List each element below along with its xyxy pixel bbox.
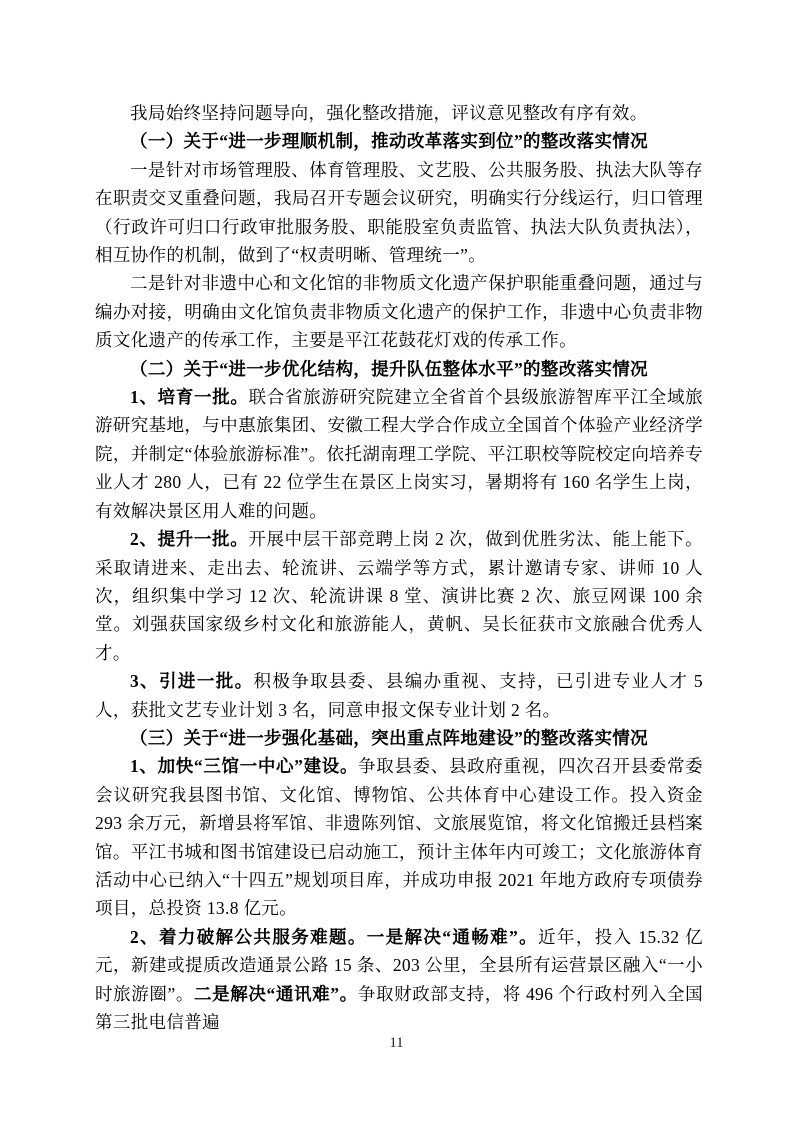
heading-text: （二）关于“进一步优化结构，提升队伍整体水平”的整改落实情况 [130, 359, 648, 379]
paragraph-text: 一是针对市场管理股、体育管理股、文艺股、公共服务股、执法大队等存在职责交叉重叠问… [95, 160, 703, 265]
paragraph-lead: 2、着力破解公共服务难题。一是解决“通畅难”。 [130, 927, 538, 947]
paragraph-lead: 二是解决“通讯难”。 [194, 984, 358, 1004]
intro-paragraph: 我局始终坚持问题导向，强化整改措施，评议意见整改有序有效。 [95, 99, 703, 127]
document-page: 我局始终坚持问题导向，强化整改措施，评议意见整改有序有效。 （一）关于“进一步理… [0, 0, 793, 1122]
section-heading-2: （二）关于“进一步优化结构，提升队伍整体水平”的整改落实情况 [95, 355, 703, 383]
paragraph-lead: 3、引进一批。 [130, 671, 254, 691]
heading-text: （三）关于“进一步强化基础，突出重点阵地建设”的整改落实情况 [130, 728, 648, 748]
body-paragraph: 一是针对市场管理股、体育管理股、文艺股、公共服务股、执法大队等存在职责交叉重叠问… [95, 156, 703, 270]
paragraph-text: 联合省旅游研究院建立全省首个县级旅游智库平江全域旅游研究基地，与中惠旅集团、安徽… [95, 387, 703, 521]
body-paragraph: 2、着力破解公共服务难题。一是解决“通畅难”。近年，投入 15.32 亿元，新建… [95, 923, 703, 1037]
paragraph-text: 开展中层干部竞聘上岗 2 次，做到优胜劣汰、能上能下。采取请进来、走出去、轮流讲… [95, 529, 703, 663]
paragraph-lead: 2、提升一批。 [130, 529, 248, 549]
body-paragraph: 3、引进一批。积极争取县委、县编办重视、支持，已引进专业人才 5 人，获批文艺专… [95, 667, 703, 724]
paragraph-lead: 1、培育一批。 [130, 387, 249, 407]
paragraph-text: 争取县委、县政府重视，四次召开县委常委会议研究我县图书馆、文化馆、博物馆、公共体… [95, 756, 703, 918]
page-footer: 11 [0, 1033, 793, 1053]
section-heading-1: （一）关于“进一步理顺机制，推动改革落实到位”的整改落实情况 [95, 127, 703, 155]
body-paragraph: 1、加快“三馆一中心”建设。争取县委、县政府重视，四次召开县委常委会议研究我县图… [95, 752, 703, 922]
document-body: 我局始终坚持问题导向，强化整改措施，评议意见整改有序有效。 （一）关于“进一步理… [95, 99, 703, 1036]
body-paragraph: 二是针对非遗中心和文化馆的非物质文化遗产保护职能重叠问题，通过与编办对接，明确由… [95, 269, 703, 354]
section-heading-3: （三）关于“进一步强化基础，突出重点阵地建设”的整改落实情况 [95, 724, 703, 752]
heading-text: （一）关于“进一步理顺机制，推动改革落实到位”的整改落实情况 [130, 131, 648, 151]
body-paragraph: 2、提升一批。开展中层干部竞聘上岗 2 次，做到优胜劣汰、能上能下。采取请进来、… [95, 525, 703, 667]
paragraph-lead: 1、加快“三馆一中心”建设。 [130, 756, 358, 776]
paragraph-text: 二是针对非遗中心和文化馆的非物质文化遗产保护职能重叠问题，通过与编办对接，明确由… [95, 273, 703, 350]
body-paragraph: 1、培育一批。联合省旅游研究院建立全省首个县级旅游智库平江全域旅游研究基地，与中… [95, 383, 703, 525]
paragraph-text: 我局始终坚持问题导向，强化整改措施，评议意见整改有序有效。 [130, 103, 648, 123]
page-number: 11 [390, 1035, 404, 1051]
